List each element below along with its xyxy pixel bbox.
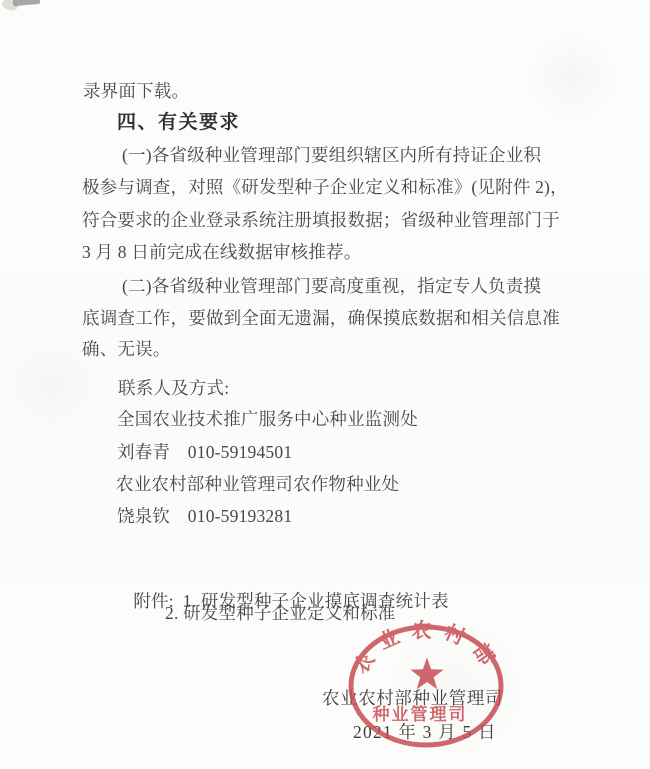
body-continuation-line: 录界面下载。 bbox=[83, 81, 189, 102]
contact-person-phone-2: 饶泉钦 010-59193281 bbox=[117, 506, 292, 527]
paragraph1-line1: (一)各省级种业管理部门要组织辖区内所有持证企业积 bbox=[122, 145, 541, 166]
contacts-heading: 联系人及方式: bbox=[118, 378, 229, 399]
contact-organization-1: 全国农业技术推广服务中心种业监测处 bbox=[117, 409, 418, 430]
paragraph2-line3: 确、无误。 bbox=[82, 339, 171, 360]
paragraph1-line4: 3 月 8 日前完成在线数据审核推荐。 bbox=[82, 242, 361, 263]
paragraph2-line2: 底调查工作，要做到全面无遗漏，确保摸底数据和相关信息准 bbox=[82, 308, 560, 329]
contact-person-phone-1: 刘春青 010-59194501 bbox=[117, 442, 292, 463]
contact-organization-2: 农业农村部种业管理司农作物种业处 bbox=[116, 474, 399, 495]
scanned-document-page: 录界面下载。 四、有关要求 (一)各省级种业管理部门要组织辖区内所有持证企业积 … bbox=[0, 0, 650, 769]
seal-bottom-text: 种业管理司 bbox=[372, 704, 468, 724]
paragraph2-line1: (二)各省级种业管理部门要高度重视，指定专人负责摸 bbox=[122, 276, 541, 297]
paragraph1-line2: 极参与调查，对照《研发型种子企业定义和标准》(见附件 2)， bbox=[82, 177, 568, 198]
paragraph1-line3: 符合要求的企业登录系统注册填报数据；省级种业管理部门于 bbox=[82, 210, 560, 231]
seal-star-icon bbox=[410, 658, 443, 690]
scan-corner-mark bbox=[13, 0, 41, 6]
section-heading: 四、有关要求 bbox=[117, 112, 240, 133]
official-red-seal: 农业农村部 种业管理司 bbox=[342, 616, 512, 756]
